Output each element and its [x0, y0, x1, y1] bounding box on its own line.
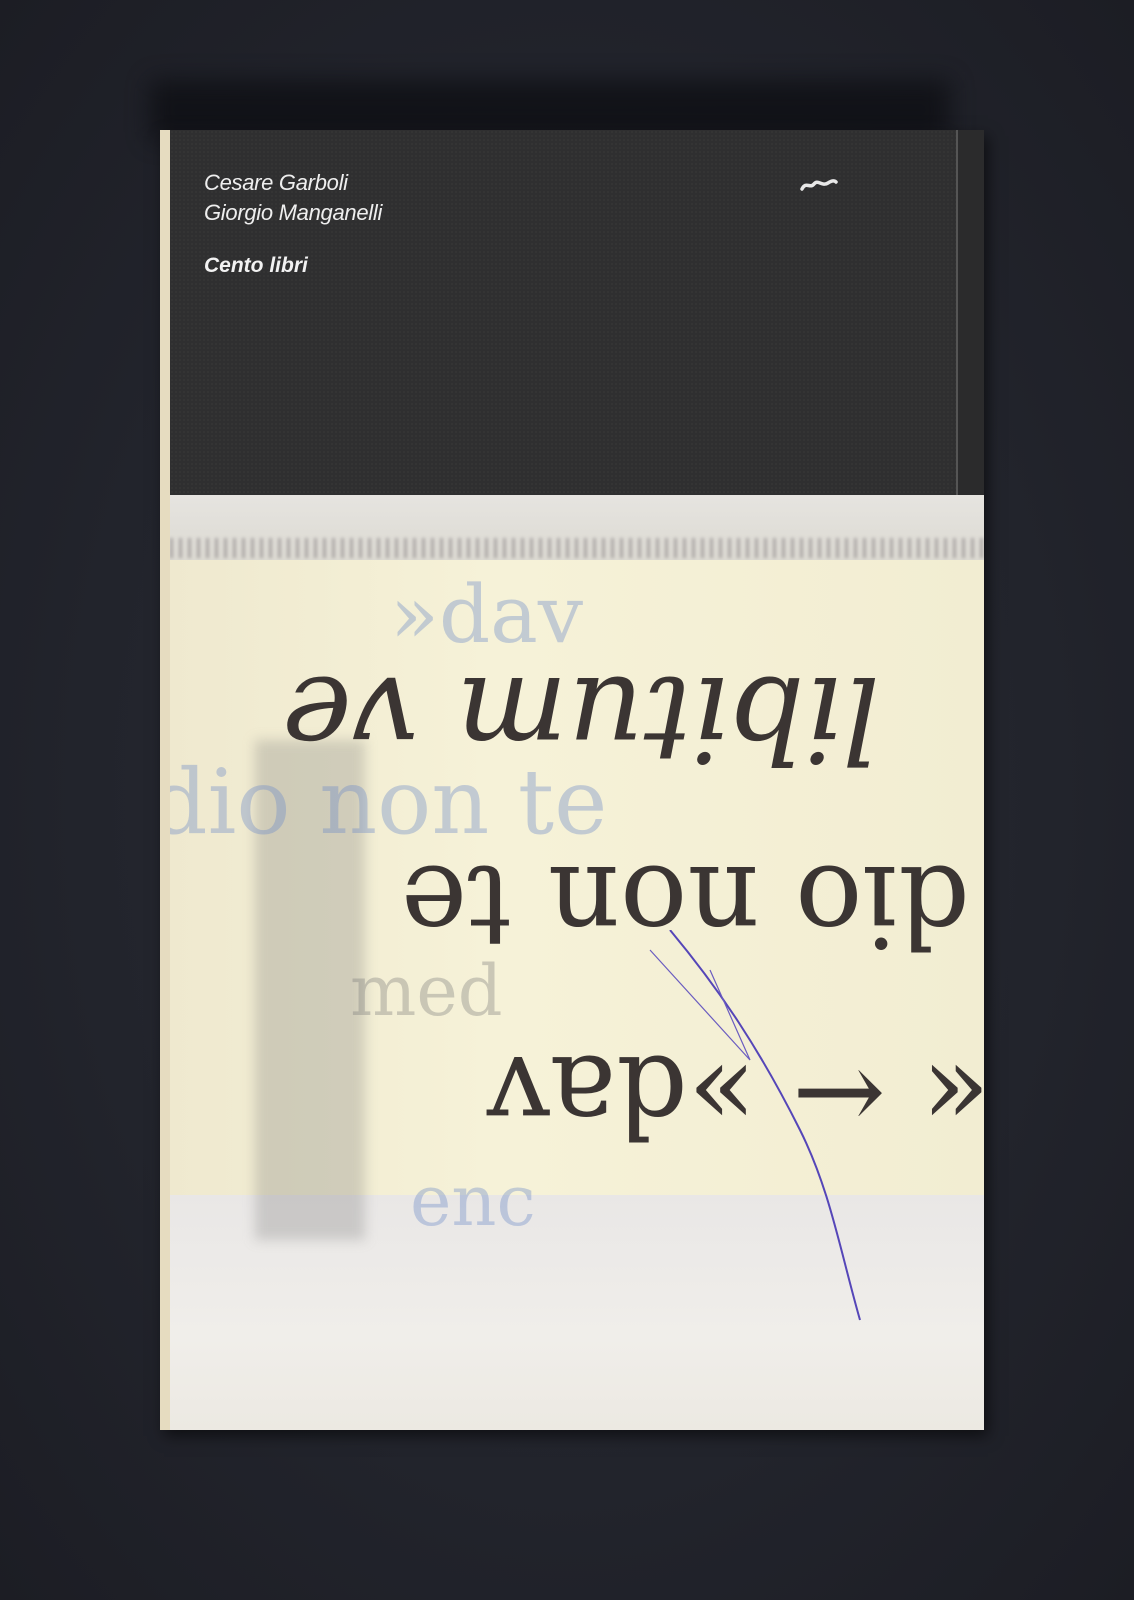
ghost-text: »dav [390, 568, 583, 661]
cover-dark-band: Cesare Garboli Giorgio Manganelli Cento … [170, 130, 956, 495]
publisher-logo-icon [800, 177, 838, 191]
book-cover: Cesare Garboli Giorgio Manganelli Cento … [160, 130, 984, 1430]
gray-strip [170, 495, 984, 560]
cover-type-row-1: libitum ve [180, 650, 880, 788]
book-title: Cento libri [204, 254, 308, 278]
author-1: Cesare Garboli [204, 168, 382, 198]
ghost-text: enc [410, 1160, 536, 1242]
pen-mark-icon [590, 930, 890, 1330]
authors: Cesare Garboli Giorgio Manganelli [204, 168, 382, 228]
cover-edge [956, 130, 984, 495]
author-2: Giorgio Manganelli [204, 198, 382, 228]
